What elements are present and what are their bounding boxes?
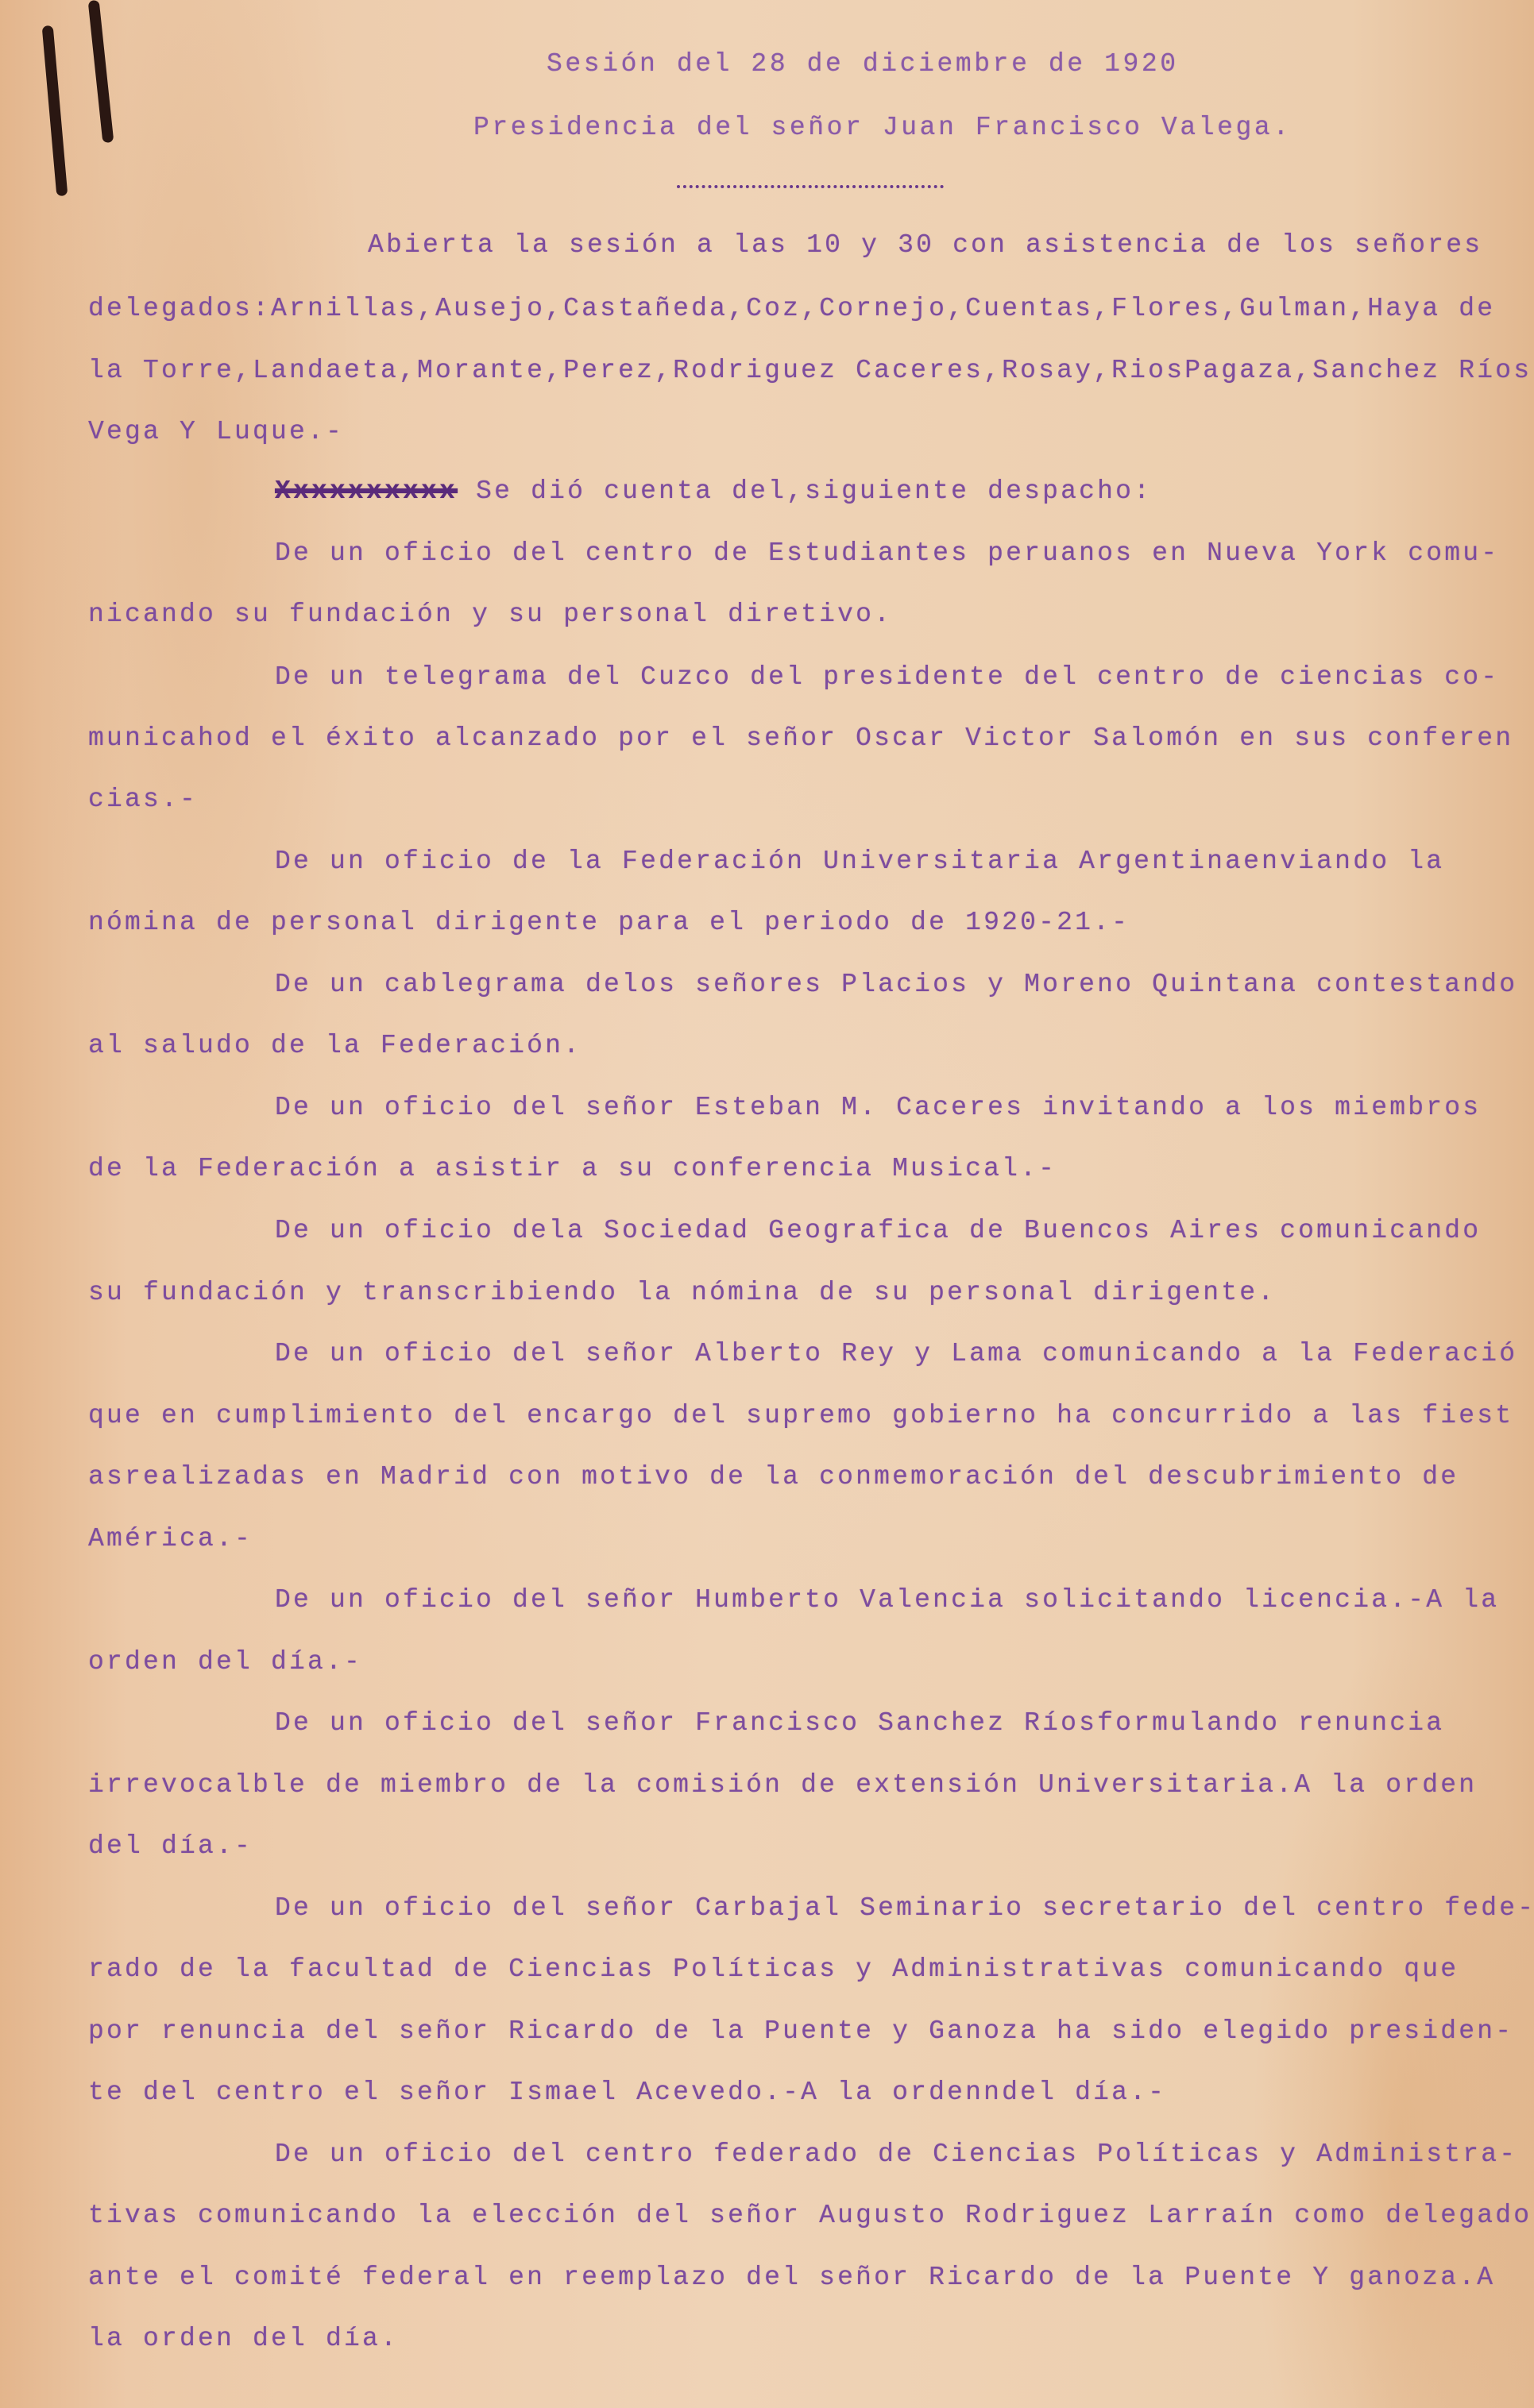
session-date-heading: Sesión del 28 de diciembre de 1920	[547, 49, 1179, 79]
paragraph-line: nicando su fundación y su personal diret…	[88, 600, 892, 629]
paragraph-line: del día.-	[88, 1831, 253, 1861]
paragraph-line: De un telegrama del Cuzco del presidente…	[275, 662, 1499, 692]
despacho-line: Xxxxxxxxxx Se dió cuenta del,siguiente d…	[275, 477, 1152, 506]
paragraph-line: De un cablegrama delos señores Placios y…	[275, 970, 1517, 999]
paragraph-line: por renuncia del señor Ricardo de la Pue…	[88, 2016, 1513, 2046]
paragraph-line: irrevocalble de miembro de la comisión d…	[88, 1770, 1477, 1800]
paragraph-line: la orden del día.	[88, 2324, 399, 2353]
struck-text: Xxxxxxxxxx	[275, 477, 458, 506]
paragraph-line: que en cumplimiento del encargo del supr…	[88, 1401, 1513, 1430]
paragraph-line: su fundación y transcribiendo la nómina …	[88, 1278, 1276, 1307]
paragraph-line: orden del día.-	[88, 1647, 362, 1677]
paragraph-line: delegados:Arnillas,Ausejo,Castañeda,Coz,…	[88, 294, 1495, 323]
binding-mark	[88, 0, 114, 143]
paragraph-line: municahod el éxito alcanzado por el seño…	[88, 724, 1513, 753]
paragraph-line: De un oficio del señor Carbajal Seminari…	[275, 1893, 1534, 1923]
paragraph-line: De un oficio del centro de Estudiantes p…	[275, 538, 1499, 568]
paragraph-line: Vega Y Luque.-	[88, 417, 344, 446]
paragraph-line: De un oficio del centro federado de Cien…	[275, 2140, 1517, 2169]
separator-rule	[677, 185, 944, 191]
paragraph-line: Abierta la sesión a las 10 y 30 con asis…	[368, 230, 1482, 260]
paragraph-line: de la Federación a asistir a su conferen…	[88, 1154, 1057, 1183]
paragraph-line: al saludo de la Federación.	[88, 1031, 582, 1060]
paragraph-line: tivas comunicando la elección del señor …	[88, 2201, 1532, 2230]
paragraph-line: te del centro el señor Ismael Acevedo.-A…	[88, 2078, 1166, 2107]
paragraph-line: De un oficio dela Sociedad Geografica de…	[275, 1216, 1481, 1245]
paragraph-line: nómina de personal dirigente para el per…	[88, 908, 1130, 937]
paragraph-line: De un oficio del señor Alberto Rey y Lam…	[275, 1339, 1517, 1368]
paragraph-line: América.-	[88, 1524, 253, 1553]
paragraph-line: ante el comité federal en reemplazo del …	[88, 2263, 1495, 2292]
presidency-heading: Presidencia del señor Juan Francisco Val…	[473, 113, 1292, 142]
despacho-label: Se dió cuenta del,siguiente despacho:	[476, 477, 1152, 506]
paragraph-line: De un oficio del señor Francisco Sanchez…	[275, 1708, 1444, 1738]
paragraph-line: cias.-	[88, 785, 198, 814]
paragraph-line: De un oficio del señor Humberto Valencia…	[275, 1585, 1499, 1615]
paragraph-line: asrealizadas en Madrid con motivo de la …	[88, 1462, 1459, 1491]
typewritten-page: Sesión del 28 de diciembre de 1920 Presi…	[0, 0, 1534, 2408]
paragraph-line: De un oficio del señor Esteban M. Cacere…	[275, 1093, 1481, 1122]
paragraph-line: rado de la facultad de Ciencias Política…	[88, 1955, 1459, 1984]
binding-mark	[42, 25, 68, 196]
paragraph-line: De un oficio de la Federación Universita…	[275, 847, 1444, 876]
paragraph-line: la Torre,Landaeta,Morante,Perez,Rodrigue…	[88, 356, 1532, 385]
